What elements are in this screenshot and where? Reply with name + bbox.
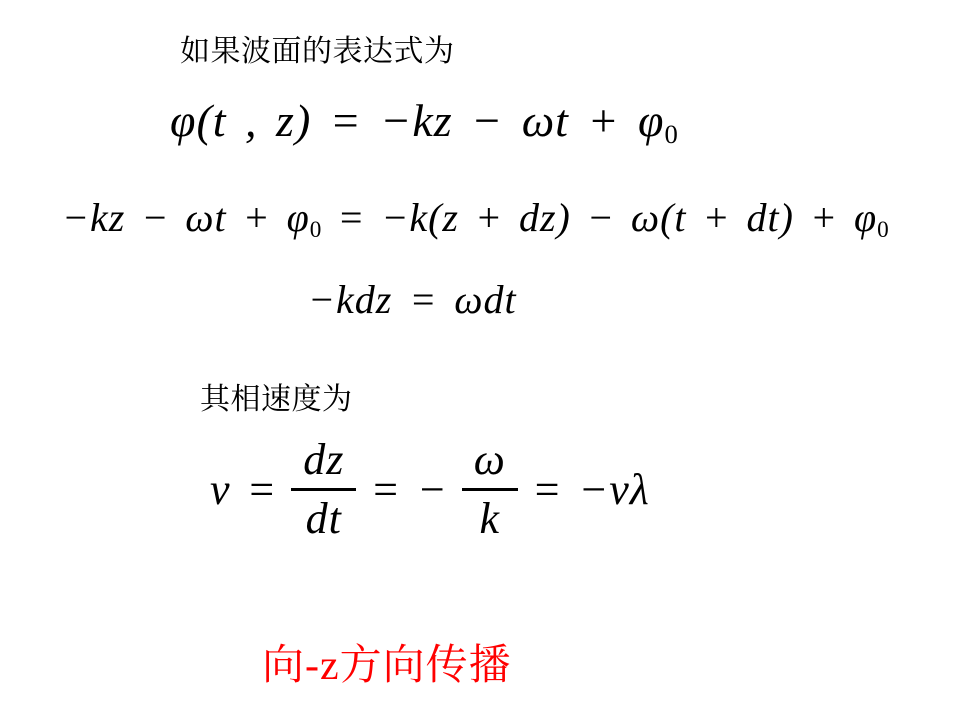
conclusion-text: 向-z方向传播: [262, 632, 512, 692]
intro-text: 如果波面的表达式为: [180, 26, 455, 70]
expanded-equation: −kz − ωt + φ0 = −k(z + dz) − ω(t + dt) +…: [62, 194, 889, 241]
wavefront-equation-main: φ(t , z) = −kz − ωt + φ: [170, 95, 664, 146]
fraction-denominator: k: [480, 491, 501, 543]
phi-zero-subscript: 0: [877, 217, 889, 243]
velocity-rhs: = −νλ: [532, 464, 650, 515]
velocity-mid: = −: [370, 464, 447, 515]
fraction-denominator: dt: [306, 491, 342, 543]
expanded-equation-part2: = −k(z + dz) − ω(t + dt) + φ: [321, 195, 877, 240]
fraction-omega-k: ω k: [462, 436, 518, 544]
slide: { "page": { "background_color": "#ffffff…: [0, 0, 970, 712]
differential-equation: −kdz = ωdt: [308, 276, 517, 323]
fraction-dz-dt: dz dt: [291, 436, 356, 544]
fraction-numerator: ω: [462, 436, 518, 491]
velocity-lhs: v =: [210, 464, 277, 515]
phase-velocity-equation: v = dz dt = − ω k = −νλ: [210, 436, 650, 544]
phi-zero-subscript: 0: [310, 217, 322, 243]
phase-velocity-label: 其相速度为: [200, 374, 353, 418]
fraction-numerator: dz: [291, 436, 356, 491]
phi-zero-subscript: 0: [664, 119, 677, 149]
expanded-equation-part1: −kz − ωt + φ: [62, 195, 310, 240]
wavefront-equation: φ(t , z) = −kz − ωt + φ0: [170, 94, 678, 147]
